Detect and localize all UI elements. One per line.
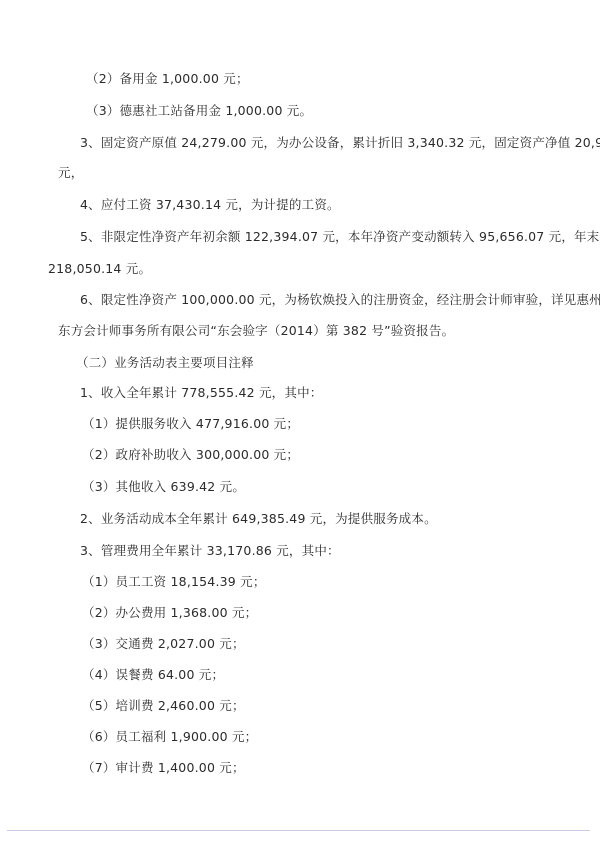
- staff-wages-item: （1）员工工资 18,154.39 元；: [82, 574, 266, 590]
- income-total-note: 1、收入全年累计 778,555.42 元，其中：: [80, 385, 322, 401]
- staff-welfare-item: （6）员工福利 1,900.00 元；: [82, 729, 257, 745]
- wages-payable-note: 4、应付工资 37,430.14 元，为计提的工资。: [80, 197, 340, 213]
- other-income-item: （3）其他收入 639.42 元。: [82, 479, 245, 495]
- service-income-item: （1）提供服务收入 477,916.00 元；: [82, 416, 299, 432]
- activity-cost-note: 2、业务活动成本全年累计 649,385.49 元，为提供服务成本。: [80, 511, 437, 527]
- meal-expense-item: （4）误餐费 64.00 元；: [82, 667, 224, 683]
- dehui-station-petty-cash-item: （3）德惠社工站备用金 1,000.00 元。: [86, 103, 312, 119]
- restricted-net-assets-note-cont: 东方会计师事务所有限公司“东会验字（2014）第 382 号”验资报告。: [58, 323, 454, 339]
- restricted-net-assets-note: 6、限定性净资产 100,000.00 元，为杨钦焕投入的注册资金，经注册会计师…: [80, 292, 600, 308]
- page-bottom-divider: [7, 830, 590, 831]
- office-expense-item: （2）办公费用 1,368.00 元；: [82, 605, 257, 621]
- audit-fee-item: （7）审计费 1,400.00 元；: [82, 760, 245, 776]
- training-expense-item: （5）培训费 2,460.00 元；: [82, 698, 245, 714]
- section-heading-activities: （二）业务活动表主要项目注释: [76, 355, 254, 371]
- government-subsidy-item: （2）政府补助收入 300,000.00 元；: [82, 447, 299, 463]
- petty-cash-item: （2）备用金 1,000.00 元；: [86, 71, 249, 87]
- document-page: （2）备用金 1,000.00 元； （3）德惠社工站备用金 1,000.00 …: [0, 0, 600, 848]
- transport-expense-item: （3）交通费 2,027.00 元；: [82, 636, 245, 652]
- fixed-assets-note: 3、固定资产原值 24,279.00 元，为办公设备，累计折旧 3,340.32…: [80, 135, 600, 151]
- unrestricted-net-assets-note-cont: 218,050.14 元。: [48, 261, 151, 277]
- admin-expense-note: 3、管理费用全年累计 33,170.86 元，其中：: [80, 543, 340, 559]
- fixed-assets-note-cont: 元，: [58, 165, 83, 181]
- unrestricted-net-assets-note: 5、非限定性净资产年初余额 122,394.07 元，本年净资产变动额转入 95…: [80, 229, 600, 245]
